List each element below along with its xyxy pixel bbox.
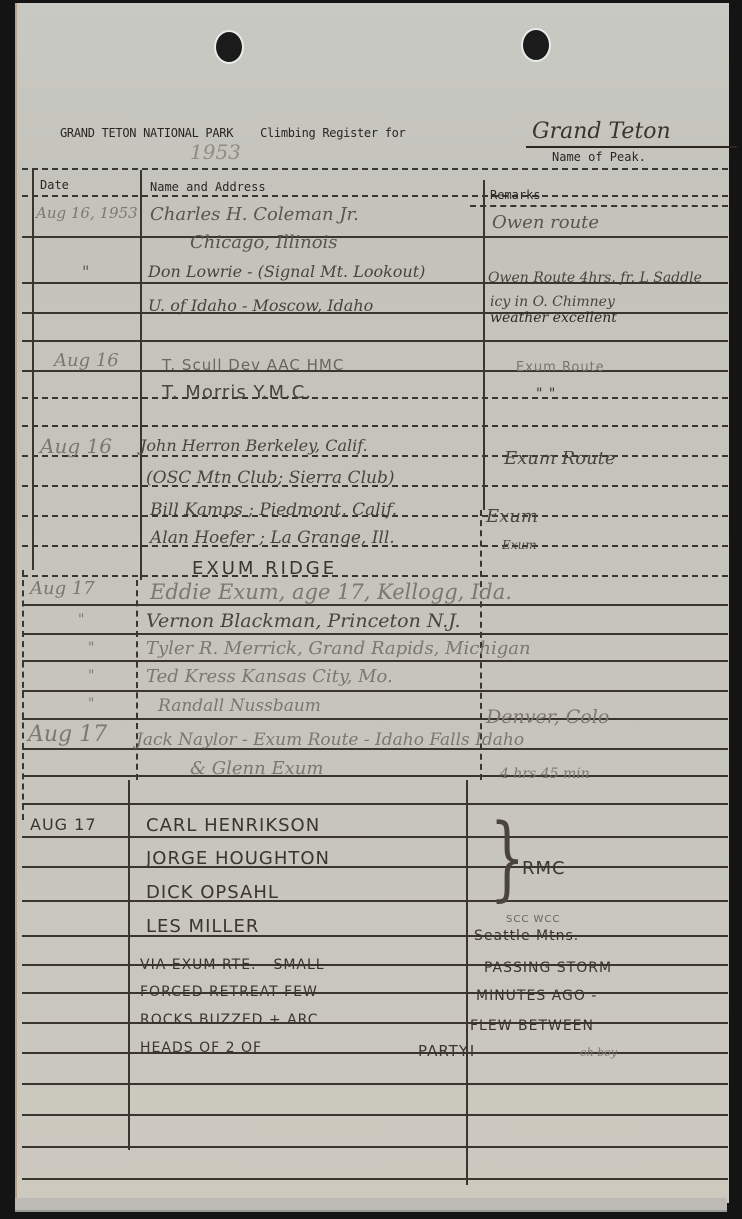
entry-name: Vernon Blackman, Princeton N.J. <box>146 610 460 632</box>
punch-hole-right <box>523 30 549 60</box>
rule <box>22 935 728 937</box>
entry-name: Jack Naylor - Exum Route - Idaho Falls I… <box>136 730 524 750</box>
entry-remarks: " " <box>536 386 556 402</box>
rule <box>22 718 728 720</box>
entry-remarks: Owen route <box>492 212 599 233</box>
entry-date: Aug 17 <box>30 578 95 599</box>
entry-name: T. Morris Y.M.C. <box>162 382 312 403</box>
rule <box>22 690 728 692</box>
entry-remarks: Exum Route <box>504 448 616 469</box>
entry-date: " <box>88 640 94 656</box>
punch-hole-left <box>216 32 242 62</box>
col-header-remarks: Remarks <box>490 188 541 202</box>
peak-label: Name of Peak. <box>552 150 646 164</box>
entry-date: Aug 16, 1953 <box>36 204 138 222</box>
register-header: GRAND TETON NATIONAL PARK Climbing Regis… <box>60 126 405 140</box>
rule <box>22 1022 728 1024</box>
entry-date: Aug 16 <box>54 350 119 371</box>
rule <box>22 1146 728 1148</box>
entry-name-route: EXUM RIDGE <box>192 558 337 579</box>
rule <box>22 803 728 805</box>
col-header-name: Name and Address <box>150 180 266 194</box>
left-border-line-lower <box>22 570 24 820</box>
peak-name: Grand Teton <box>526 118 737 148</box>
entry-name: JORGE HOUGHTON <box>146 848 330 869</box>
rule <box>22 455 728 457</box>
rule <box>22 1083 728 1085</box>
entry-name: Don Lowrie - (Signal Mt. Lookout) <box>148 262 425 281</box>
rule <box>22 312 728 314</box>
entry-name: Bill Kamps ; Piedmont, Calif. <box>150 500 397 520</box>
entry-remarks-club: RMC <box>522 858 566 879</box>
narrative-line: FLEW BETWEEN <box>470 1018 594 1034</box>
table-top-rule <box>22 168 728 170</box>
register-label: Climbing Register for <box>260 126 405 140</box>
col-header-date: Date <box>40 178 69 192</box>
entry-remarks: Exum <box>502 538 537 552</box>
entry-name: Randall Nussbaum <box>158 696 321 716</box>
entry-remarks: icy in O. Chimney <box>490 294 615 310</box>
entry-name: U. of Idaho - Moscow, Idaho <box>148 296 373 315</box>
entry-date: " <box>88 696 94 712</box>
entry-name: Eddie Exum, age 17, Kellogg, Ida. <box>150 580 512 604</box>
header-bottom-rule <box>22 195 728 197</box>
entry-remarks: 4 hrs 45 min <box>500 766 590 782</box>
rule <box>22 575 728 577</box>
annotation-scc-wcc: SCC WCC <box>506 914 560 925</box>
group-brace: } <box>490 812 525 904</box>
narrative-line: PARTY! <box>418 1042 476 1060</box>
entry-date: " <box>88 668 94 684</box>
year-stamp: 1953 <box>190 140 241 164</box>
entry-remarks: Seattle Mtns. <box>474 928 579 944</box>
rule <box>22 660 728 662</box>
remarks-header-rule <box>470 205 728 207</box>
entry-date: " <box>82 262 89 281</box>
rule <box>22 836 728 838</box>
entry-name: LES MILLER <box>146 916 259 937</box>
margin-note: oh boy <box>580 1046 617 1059</box>
entry-name: Charles H. Coleman Jr. <box>150 204 359 225</box>
rule <box>22 1178 728 1180</box>
entry-remarks: Denver, Colo <box>486 706 609 728</box>
rule <box>22 604 728 606</box>
entry-remarks: Exum <box>486 506 538 527</box>
narrative-line: VIA EXUM RTE. - SMALL <box>140 957 325 973</box>
rule <box>22 1052 728 1054</box>
remarks-column-divider <box>483 180 485 510</box>
rule <box>22 236 728 238</box>
narrative-line: HEADS OF 2 OF <box>140 1040 262 1056</box>
entry-remarks: Exum Route <box>516 360 605 375</box>
entry-date: AUG 17 <box>30 815 97 834</box>
park-name: GRAND TETON NATIONAL PARK <box>60 126 233 140</box>
date-column-divider-dashed <box>136 580 138 780</box>
entry-name: & Glenn Exum <box>190 758 323 779</box>
entry-name: Chicago, Illinois <box>190 232 338 253</box>
rule <box>22 340 728 342</box>
entry-name: (OSC Mtn Club; Sierra Club) <box>146 468 394 488</box>
entry-remarks: Owen Route 4hrs. fr. L Saddle <box>488 270 702 286</box>
rule <box>22 370 728 372</box>
narrative-line: ROCKS BUZZED + ARC <box>140 1012 318 1028</box>
entry-name: John Herron Berkeley, Calif. <box>140 436 368 455</box>
rule <box>22 425 728 427</box>
rule <box>22 964 728 966</box>
narrative-line: FORCED RETREAT FEW <box>140 984 318 1000</box>
narrative-line: PASSING STORM <box>484 960 612 976</box>
rule <box>22 1114 728 1116</box>
rule <box>22 866 728 868</box>
narrative-line: MINUTES AGO - <box>476 988 597 1004</box>
rule <box>22 775 728 777</box>
remarks-column-divider-lower <box>466 780 468 1185</box>
entry-name: T. Scull Dev AAC HMC <box>162 356 344 374</box>
rule <box>22 633 728 635</box>
entry-name: Tyler R. Merrick, Grand Rapids, Michigan <box>146 638 531 659</box>
rule <box>22 900 728 902</box>
entry-name: CARL HENRIKSON <box>146 815 320 836</box>
rule <box>22 992 728 994</box>
entry-remarks: weather excellent <box>490 310 617 326</box>
rule <box>22 397 728 399</box>
entry-date: " <box>78 612 84 628</box>
page-bottom-edge <box>15 1198 727 1212</box>
entry-name: Alan Hoefer ; La Grange, Ill. <box>150 528 395 548</box>
date-column-divider <box>140 170 142 580</box>
entry-name: Ted Kress Kansas City, Mo. <box>146 666 393 687</box>
entry-date: Aug 17 <box>28 722 107 747</box>
entry-name: DICK OPSAHL <box>146 882 279 903</box>
entry-date: Aug 16 <box>40 434 112 458</box>
